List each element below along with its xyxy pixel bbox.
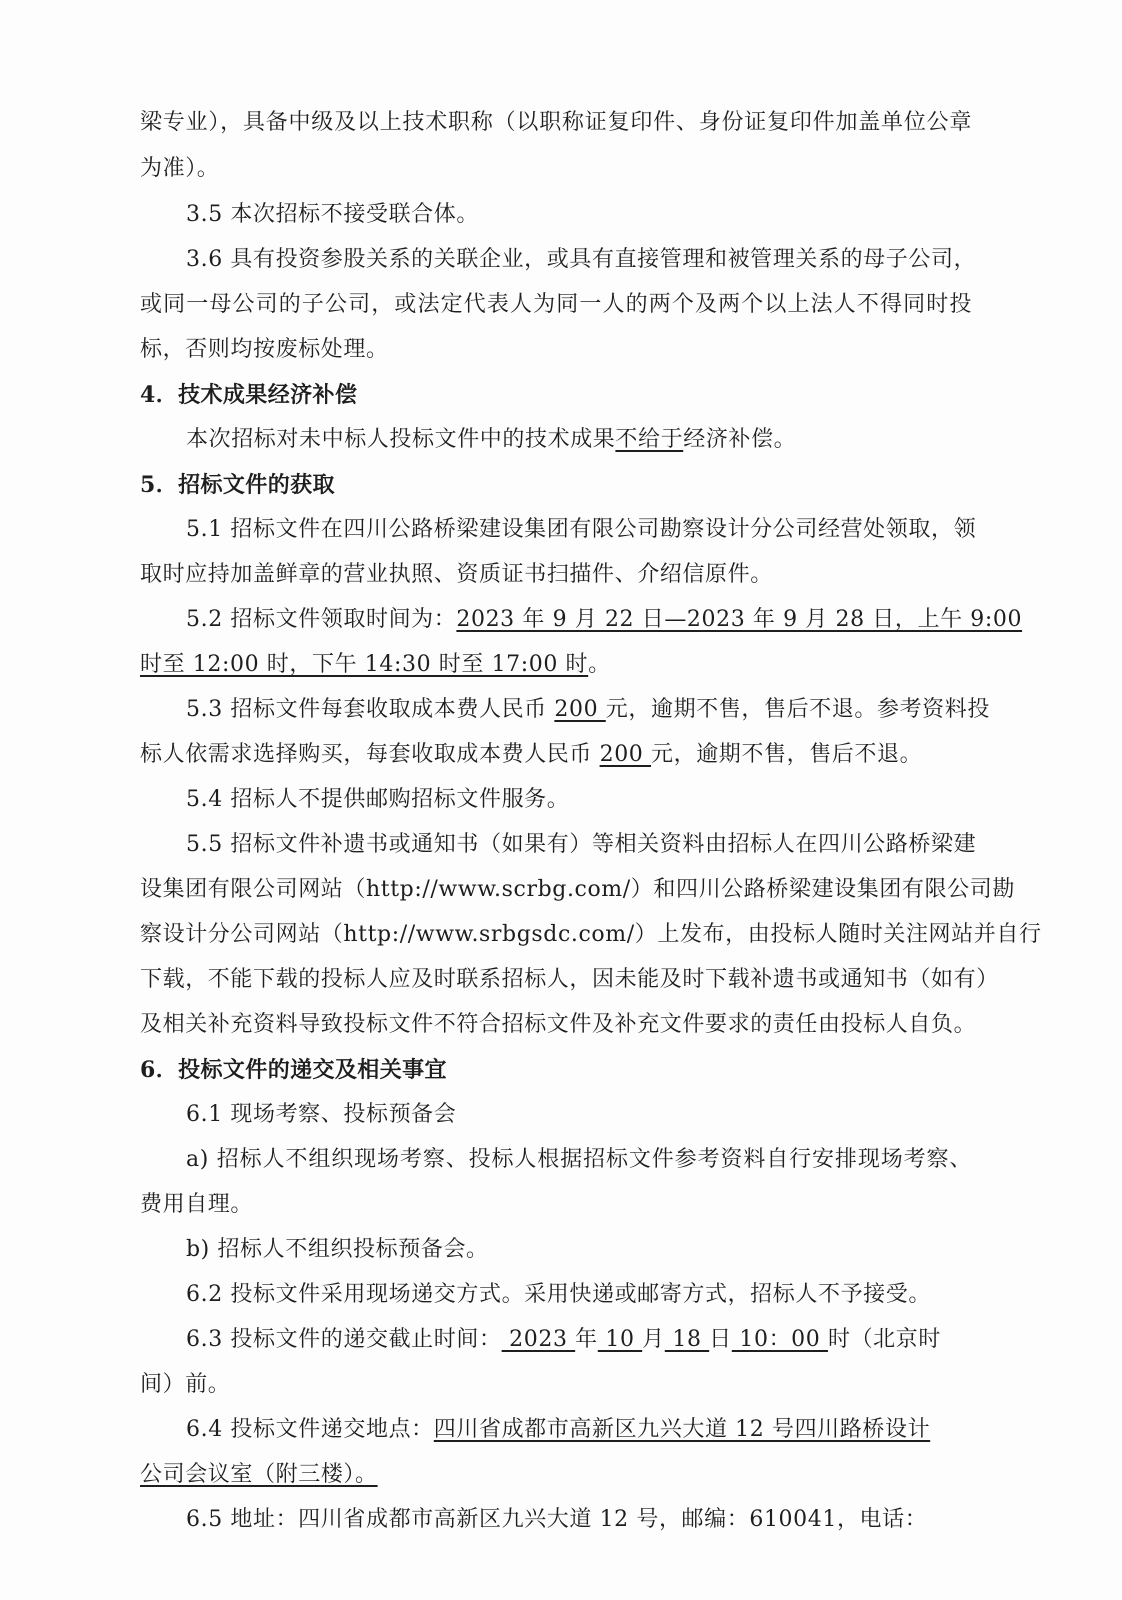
deadline-month: 10 bbox=[598, 1327, 642, 1352]
period: 。 bbox=[588, 652, 611, 677]
clause-6-3-text-end: 时（北京时 bbox=[828, 1327, 941, 1352]
clause-5-5-line3: 察设计分公司网站（http://www.srbgsdc.com/）上发布，由投标… bbox=[140, 920, 972, 950]
submission-location: 四川省成都市高新区九兴大道 12 号四川路桥设计 bbox=[434, 1417, 930, 1442]
clause-6-3-label: 6.3 投标文件的递交截止时间： bbox=[186, 1327, 502, 1352]
clause-5-5-line4: 下载，不能下载的投标人应及时联系招标人，因未能及时下载补遗书或通知书（如有） bbox=[140, 965, 972, 995]
clause-5-2-line2: 时至 12:00 时，下午 14:30 时至 17:00 时。 bbox=[140, 650, 611, 680]
clause-5-3-text: 5.3 招标文件每套收取成本费人民币 bbox=[186, 697, 554, 722]
clause-3-6-line2: 或同一母公司的子公司，或法定代表人为同一人的两个及两个以上法人不得同时投 bbox=[140, 290, 972, 320]
fee-amount: 200 bbox=[554, 697, 605, 722]
pickup-date-range: 2023 年 9 月 22 日—2023 年 9 月 28 日，上午 9:00 bbox=[456, 607, 1022, 632]
unit-day: 日 bbox=[709, 1327, 732, 1352]
section-heading-5: 5．招标文件的获取 bbox=[140, 470, 335, 500]
section-heading-4: 4．技术成果经济补偿 bbox=[140, 380, 357, 410]
pickup-hours: 时至 12:00 时，下午 14:30 时至 17:00 时 bbox=[140, 652, 588, 677]
clause-5-3-text-end: 元，逾期不售，售后不退。 bbox=[651, 742, 922, 767]
clause-4-body: 本次招标对未中标人投标文件中的技术成果不给于经济补偿。 bbox=[186, 425, 796, 455]
clause-5-5-line5: 及相关补充资料导致投标文件不符合招标文件及补充文件要求的责任由投标人自负。 bbox=[140, 1010, 972, 1040]
clause-5-2-label: 5.2 招标文件领取时间为： bbox=[186, 607, 456, 632]
clause-6-4-line1: 6.4 投标文件递交地点：四川省成都市高新区九兴大道 12 号四川路桥设计 bbox=[186, 1415, 930, 1445]
text-line: 为准）。 bbox=[140, 154, 219, 184]
clause-6-1-title: 6.1 现场考察、投标预备会 bbox=[186, 1100, 456, 1130]
clause-6-3-line1: 6.3 投标文件的递交截止时间： 2023 年 10 月 18 日 10：00 … bbox=[186, 1325, 941, 1355]
clause-3-6-line3: 标，否则均按废标处理。 bbox=[140, 335, 389, 365]
text-line: 梁专业），具备中级及以上技术职称（以职称证复印件、身份证复印件加盖单位公章 bbox=[140, 108, 972, 138]
deadline-time: 10：00 bbox=[732, 1327, 828, 1352]
clause-5-5-line2: 设集团有限公司网站（http://www.scrbg.com/）和四川公路桥梁建… bbox=[140, 875, 972, 905]
underlined-text: 不给于 bbox=[615, 427, 683, 452]
clause-5-5-line1: 5.5 招标文件补遗书或通知书（如果有）等相关资料由招标人在四川公路桥梁建 bbox=[186, 830, 972, 860]
clause-5-3-line1: 5.3 招标文件每套收取成本费人民币 200 元，逾期不售，售后不退。参考资料投 bbox=[186, 695, 990, 725]
clause-6-5: 6.5 地址：四川省成都市高新区九兴大道 12 号，邮编：610041，电话： bbox=[186, 1505, 927, 1535]
clause-5-2-line1: 5.2 招标文件领取时间为：2023 年 9 月 22 日—2023 年 9 月… bbox=[186, 605, 1022, 635]
clause-6-3-line2: 间）前。 bbox=[140, 1370, 230, 1400]
submission-location-cont: 公司会议室（附三楼）。 bbox=[140, 1462, 378, 1487]
clause-6-2: 6.2 投标文件采用现场递交方式。采用快递或邮寄方式，招标人不予接受。 bbox=[186, 1280, 931, 1310]
clause-6-1-b: b) 招标人不组织投标预备会。 bbox=[186, 1235, 489, 1265]
clause-5-3-line2: 标人依需求选择购买，每套收取成本费人民币 200 元，逾期不售，售后不退。 bbox=[140, 740, 922, 770]
unit-year: 年 bbox=[575, 1327, 598, 1352]
clause-6-1-a-line1: a) 招标人不组织现场考察、投标人根据招标文件参考资料自行安排现场考察、 bbox=[186, 1145, 972, 1175]
deadline-year: 2023 bbox=[502, 1327, 576, 1352]
clause-4-text: 本次招标对未中标人投标文件中的技术成果 bbox=[186, 427, 615, 452]
clause-6-1-a-line2: 费用自理。 bbox=[140, 1190, 253, 1220]
clause-5-4: 5.4 招标人不提供邮购招标文件服务。 bbox=[186, 785, 569, 815]
clause-5-3-text-end: 元，逾期不售，售后不退。参考资料投 bbox=[606, 697, 990, 722]
clause-5-1-line2: 取时应持加盖鲜章的营业执照、资质证书扫描件、介绍信原件。 bbox=[140, 560, 773, 590]
clause-3-6-line1: 3.6 具有投资参股关系的关联企业，或具有直接管理和被管理关系的母子公司， bbox=[186, 245, 972, 275]
section-heading-6: 6．投标文件的递交及相关事宜 bbox=[140, 1055, 447, 1085]
clause-5-1-line1: 5.1 招标文件在四川公路桥梁建设集团有限公司勘察设计分公司经营处领取，领 bbox=[186, 515, 972, 545]
unit-month: 月 bbox=[642, 1327, 665, 1352]
clause-6-4-line2: 公司会议室（附三楼）。 bbox=[140, 1460, 378, 1490]
clause-3-5: 3.5 本次招标不接受联合体。 bbox=[186, 200, 479, 230]
fee-amount: 200 bbox=[600, 742, 651, 767]
clause-5-3-text: 标人依需求选择购买，每套收取成本费人民币 bbox=[140, 742, 600, 767]
clause-6-4-label: 6.4 投标文件递交地点： bbox=[186, 1417, 434, 1442]
clause-4-text-end: 经济补偿。 bbox=[683, 427, 796, 452]
deadline-day: 18 bbox=[665, 1327, 709, 1352]
